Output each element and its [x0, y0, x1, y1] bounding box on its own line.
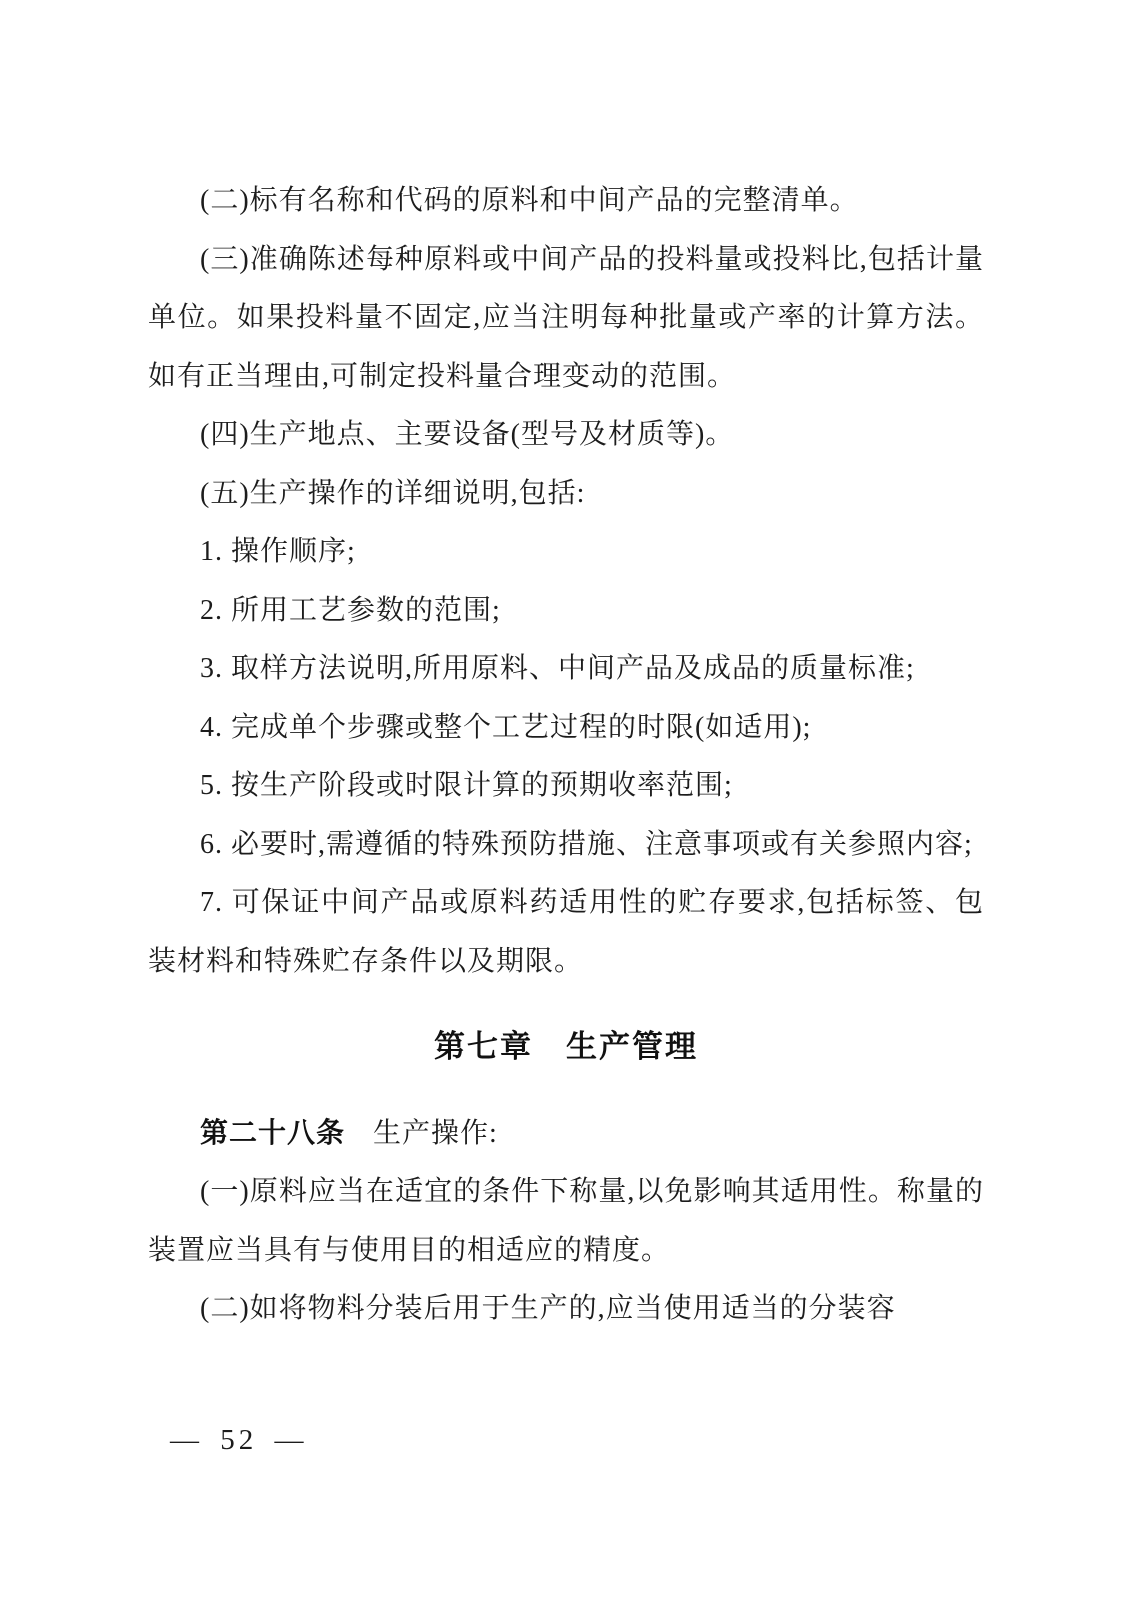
list-item-5: 5. 按生产阶段或时限计算的预期收率范围;: [148, 757, 984, 816]
list-item-2: 2. 所用工艺参数的范围;: [148, 582, 984, 641]
list-item-1: 1. 操作顺序;: [148, 523, 984, 582]
clause-item-4: (四)生产地点、主要设备(型号及材质等)。: [148, 406, 984, 465]
list-item-3: 3. 取样方法说明,所用原料、中间产品及成品的质量标准;: [148, 640, 984, 699]
clause-item-3: (三)准确陈述每种原料或中间产品的投料量或投料比,包括计量单位。如果投料量不固定…: [148, 231, 984, 407]
list-item-4: 4. 完成单个步骤或整个工艺过程的时限(如适用);: [148, 699, 984, 758]
list-item-6: 6. 必要时,需遵循的特殊预防措施、注意事项或有关参照内容;: [148, 816, 984, 875]
article-paragraph: 第二十八条生产操作:: [148, 1104, 984, 1164]
clause-item-5: (五)生产操作的详细说明,包括:: [148, 465, 984, 524]
list-item-7: 7. 可保证中间产品或原料药适用性的贮存要求,包括标签、包装材料和特殊贮存条件以…: [148, 874, 984, 991]
clause-item-2-article28: (二)如将物料分装后用于生产的,应当使用适当的分装容: [148, 1280, 984, 1339]
page-number: — 52 —: [170, 1424, 308, 1457]
article-number-label: 第二十八条: [200, 1117, 345, 1148]
clause-item-2: (二)标有名称和代码的原料和中间产品的完整清单。: [148, 172, 984, 231]
document-content: (二)标有名称和代码的原料和中间产品的完整清单。 (三)准确陈述每种原料或中间产…: [148, 172, 984, 1339]
article-title-text: 生产操作:: [373, 1118, 498, 1149]
chapter-heading: 第七章 生产管理: [148, 1018, 984, 1077]
clause-item-1-article28: (一)原料应当在适宜的条件下称量,以免影响其适用性。称量的装置应当具有与使用目的…: [148, 1163, 984, 1280]
document-page: (二)标有名称和代码的原料和中间产品的完整清单。 (三)准确陈述每种原料或中间产…: [0, 0, 1131, 1600]
